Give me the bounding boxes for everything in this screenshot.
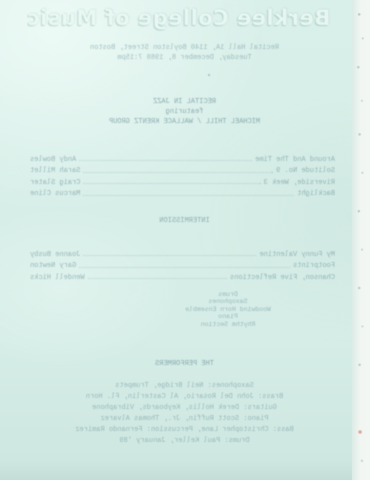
- ghost-address-block: Recital Hall 1A, 1140 Boylston Street, B…: [12, 43, 357, 63]
- ghost-logo-wordmark: Berklee College of Music: [0, 6, 357, 30]
- dot-leader: [83, 183, 260, 184]
- ghost-title-line-1: RECITAL IN JAZZ: [12, 97, 357, 107]
- piece-title: Chanson, Five Reflections: [230, 274, 335, 282]
- ghost-movement-list: Drums Saxophones Woodwind Horn Ensemble …: [139, 291, 317, 328]
- performer-line: Brass: John Del Rosario, Al Casterlin, F…: [12, 392, 357, 403]
- piece-title: Footprints: [293, 262, 335, 270]
- performer-line: Saxophones: Neil Bridge, Trumpets: [12, 381, 357, 392]
- movement-line: Rhythm Section: [139, 321, 317, 328]
- torn-paper-edge: [352, 0, 370, 480]
- performer-line: Bass: Christopher Lane, Percussion: Fern…: [12, 425, 357, 436]
- dot-leader: [83, 255, 256, 256]
- piece-title: Solitude No. 9: [276, 167, 335, 175]
- dot-leader: [88, 278, 227, 279]
- program-row: Backlight Marcus Cline: [30, 187, 335, 199]
- dot-leader: [79, 160, 252, 161]
- ghost-performers-heading: THE PERFORMERS: [12, 360, 357, 368]
- stray-ink-mark: [208, 74, 210, 76]
- program-row: Solitude No. 9 Sarah Millet: [30, 164, 335, 176]
- dot-leader: [79, 267, 290, 268]
- program-row: Riverside, Week 3 Craig Slater: [30, 175, 335, 187]
- ghost-intermission-label: INTERMISSION: [12, 217, 357, 225]
- performer-name: Marcus Cline: [30, 190, 80, 198]
- performer-line: Piano: Scott Ruffin, Jr., Thomas Alvarez: [12, 414, 357, 425]
- mirrored-show-through-layer: Berklee College of Music Recital Hall 1A…: [0, 0, 357, 480]
- dot-leader: [83, 172, 273, 173]
- ghost-title-line-3: MICHAEL THILL / WALLACE KRENTZ GROUP: [12, 117, 357, 127]
- program-row: My Funny Valentine Joanne Busby: [30, 247, 335, 259]
- ghost-title-line-2: featuring: [12, 107, 357, 117]
- piece-title: My Funny Valentine: [259, 251, 335, 259]
- performer-name: Gary Newton: [30, 262, 76, 270]
- performer-name: Sarah Millet: [30, 167, 80, 175]
- dot-leader: [83, 195, 294, 196]
- piece-title: Backlight: [297, 190, 335, 198]
- performer-name: Joanne Busby: [30, 251, 80, 259]
- movement-line: Drums: [139, 291, 317, 298]
- program-row: Around And The Time Andy Bowles: [30, 152, 335, 164]
- program-row: Footprints Gary Newton: [30, 259, 335, 271]
- movement-line: Woodwind Horn Ensemble: [139, 306, 317, 313]
- performer-name: Wendell Hicks: [30, 274, 85, 282]
- performer-line: Drums: Paul Keller, January '89: [12, 436, 357, 447]
- performer-name: Andy Bowles: [30, 156, 76, 164]
- piece-title: Riverside, Week 3: [264, 179, 335, 187]
- ghost-date-line: Tuesday, December 8, 1988 7:15pm: [12, 53, 357, 63]
- ghost-venue-line: Recital Hall 1A, 1140 Boylston Street, B…: [12, 43, 357, 53]
- ghost-program-part1: Around And The Time Andy Bowles Solitude…: [30, 152, 335, 198]
- movement-line: Piano: [139, 313, 317, 320]
- ghost-program-part2: My Funny Valentine Joanne Busby Footprin…: [30, 247, 335, 282]
- movement-line: Saxophones: [139, 298, 317, 305]
- piece-title: Around And The Time: [255, 156, 335, 164]
- ghost-performers-list: Saxophones: Neil Bridge, Trumpets Brass:…: [12, 381, 357, 447]
- ghost-title-block: RECITAL IN JAZZ featuring MICHAEL THILL …: [12, 97, 357, 127]
- program-row: Chanson, Five Reflections Wendell Hicks: [30, 270, 335, 282]
- performer-name: Craig Slater: [30, 179, 80, 187]
- performer-line: Guitars: Derek Hollis, Keyboards, Vibrap…: [12, 403, 357, 414]
- scanned-paper-page: Berklee College of Music Recital Hall 1A…: [0, 0, 358, 480]
